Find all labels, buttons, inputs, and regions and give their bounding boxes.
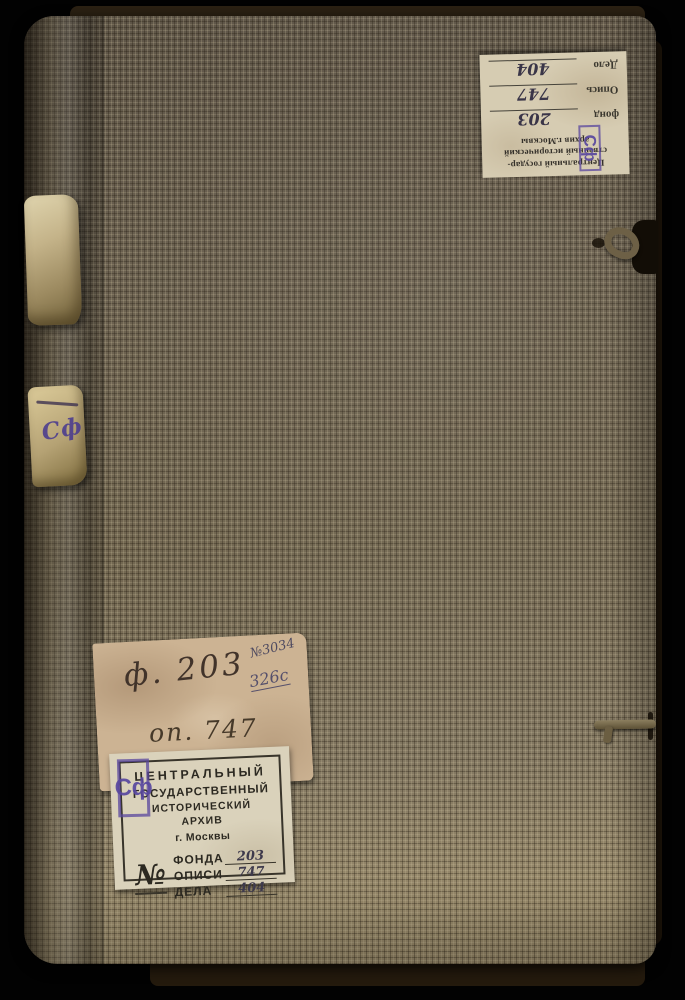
handwritten-number: №3034	[248, 637, 295, 661]
delo-value: 404	[226, 880, 277, 896]
opis-label: ОПИСИ	[174, 867, 227, 883]
number-sign: №	[134, 857, 168, 894]
printed-archive-label: Сф ЦЕНТРАЛЬНЫЙ ГОСУДАРСТВЕННЫЙ ИСТОРИЧЕС…	[109, 746, 295, 890]
fond-value: 203	[490, 108, 578, 127]
delo-row: Дело 404	[489, 57, 619, 85]
opis-label: Опись	[582, 82, 618, 96]
spine-label-remnant-bottom: Сф	[27, 385, 87, 488]
opis-row: Опись 747	[489, 82, 619, 110]
delo-label: Дело	[582, 57, 618, 71]
handwritten-opis: оп. 747	[148, 715, 258, 746]
fond-label: ФОНДА	[173, 851, 226, 867]
archive-label-top-right: Сф Центральный государ- ственный историч…	[479, 51, 629, 178]
spine-ink-mark: Сф	[40, 412, 85, 446]
archive-stamp: Сф	[117, 759, 151, 818]
opis-value: 747	[489, 83, 577, 102]
handwritten-fond: ф. 203	[123, 649, 247, 692]
book-spine	[24, 16, 104, 964]
archive-stamp: Сф	[578, 125, 601, 172]
label-frame: Сф ЦЕНТРАЛЬНЫЙ ГОСУДАРСТВЕННЫЙ ИСТОРИЧЕС…	[118, 755, 285, 882]
ink-stroke	[36, 401, 78, 407]
handwritten-code: 326с	[248, 667, 290, 692]
binding-tie-bottom	[594, 719, 656, 729]
archive-stamp-text: Сф	[114, 773, 153, 802]
photo-stage: Сф Сф Центральный государ- ственный исто…	[0, 0, 685, 1000]
label-rows: ФОНДА 203 ОПИСИ 747 ДЕЛА 404	[173, 846, 278, 898]
delo-label: ДЕЛА	[174, 883, 227, 899]
spine-label-remnant-top	[24, 194, 83, 326]
delo-value: 404	[489, 58, 577, 77]
fond-label: фонд	[583, 107, 619, 121]
label-fields: № ФОНДА 203 ОПИСИ 747 ДЕЛА 404	[131, 846, 277, 900]
opis-value: 747	[226, 864, 277, 880]
archive-stamp-text: Сф	[580, 134, 601, 161]
fond-value: 203	[225, 848, 276, 864]
